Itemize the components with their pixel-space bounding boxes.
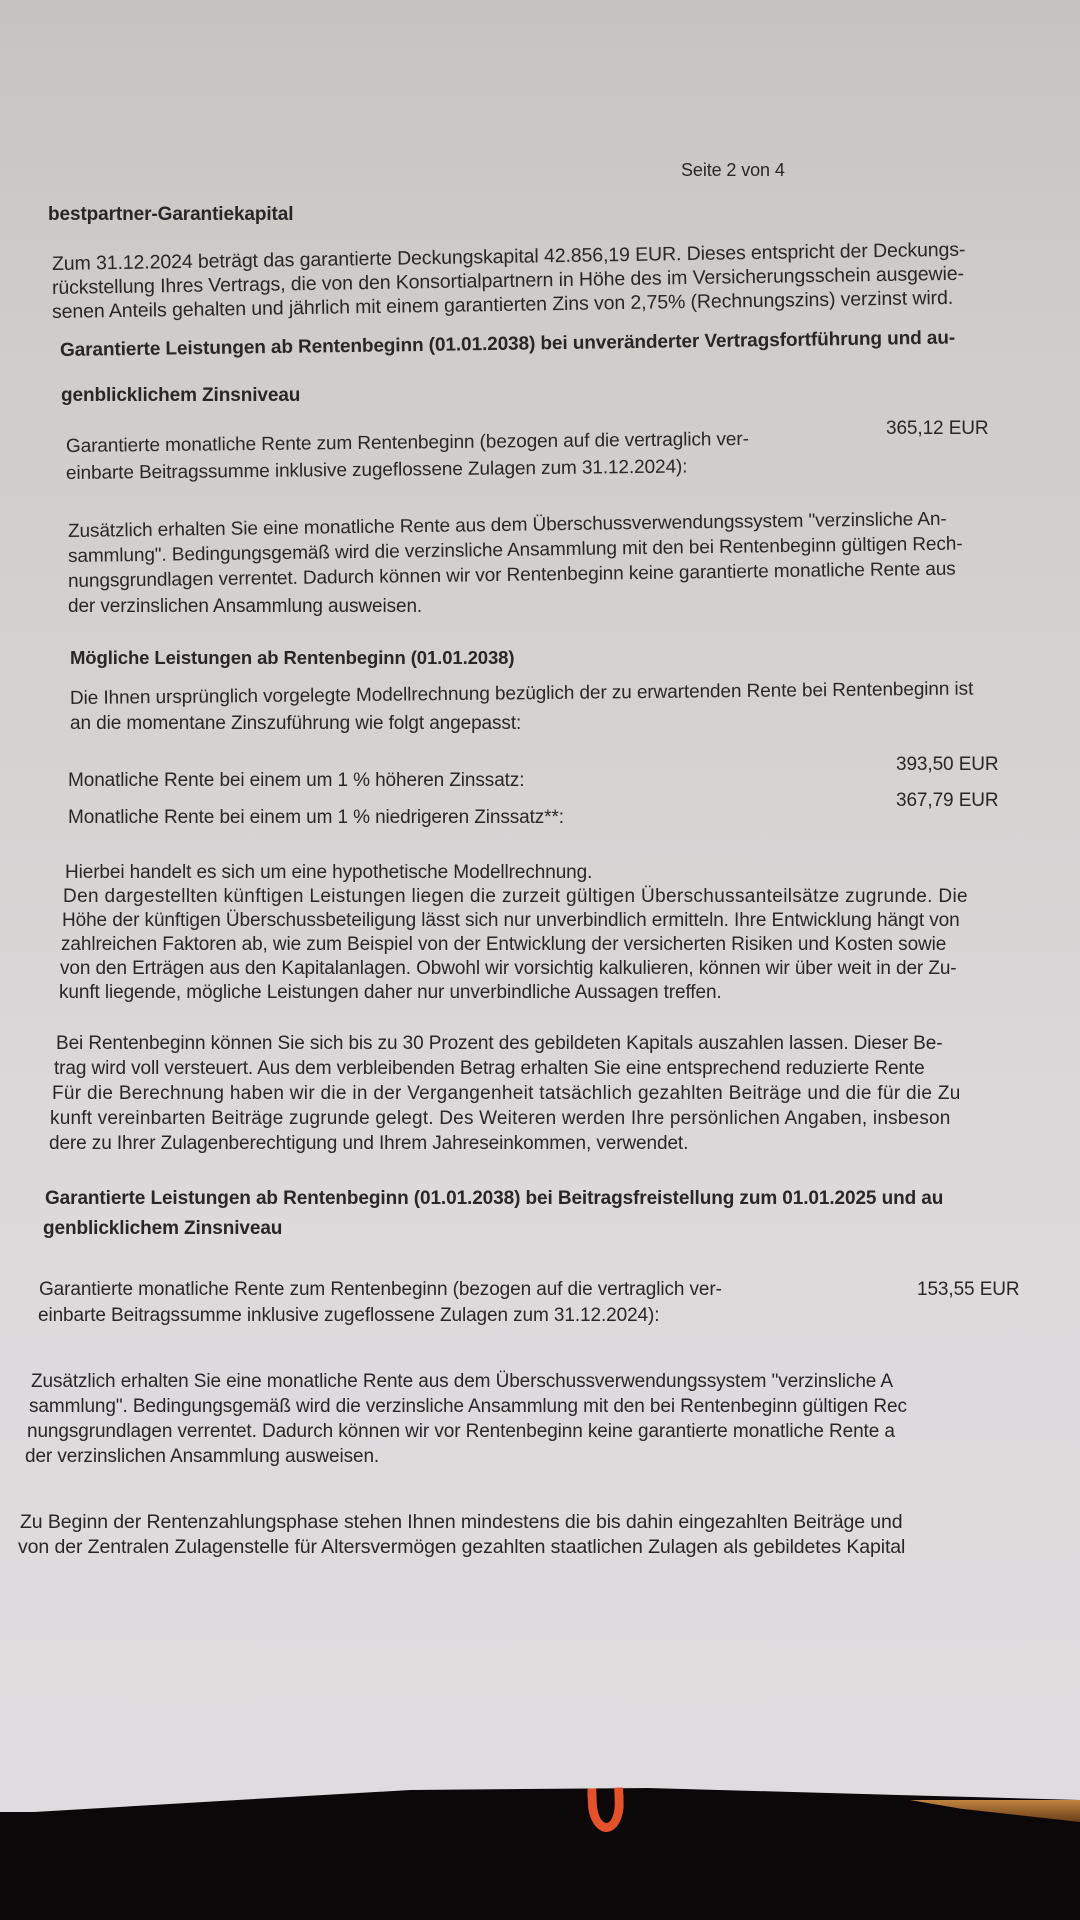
- guaranteed-rent-value: 365,12 EUR: [886, 416, 989, 441]
- section1-heading: genblicklichem Zinsniveau: [61, 383, 300, 408]
- document-title: bestpartner-Garantiekapital: [48, 202, 293, 227]
- rent-lower-label: Monatliche Rente bei einem um 1 % niedri…: [68, 805, 564, 830]
- rent-higher-value: 393,50 EUR: [896, 752, 999, 777]
- payout-text: trag wird voll versteuert. Aus dem verbl…: [54, 1056, 925, 1081]
- table-surface: [910, 1800, 1080, 1822]
- payout-text: dere zu Ihrer Zulagenberechtigung und Ih…: [49, 1131, 688, 1156]
- rent-lower-value: 367,79 EUR: [896, 788, 999, 813]
- payout-text: Für die Berechnung haben wir die in der …: [52, 1081, 961, 1106]
- section3-additional: der verzinslichen Ansammlung ausweisen.: [25, 1444, 379, 1469]
- section3-heading: Garantierte Leistungen ab Rentenbeginn (…: [45, 1186, 943, 1211]
- model-note: zahlreichen Faktoren ab, wie zum Beispie…: [61, 932, 946, 957]
- model-note: Den dargestellten künftigen Leistungen l…: [63, 884, 968, 909]
- guaranteed-rent-label-freistellung: Garantierte monatliche Rente zum Rentenb…: [39, 1277, 722, 1302]
- section2-heading: Mögliche Leistungen ab Rentenbeginn (01.…: [70, 645, 514, 670]
- payout-text: kunft vereinbarten Beiträge zugrunde gel…: [50, 1106, 951, 1131]
- section2-intro: an die momentane Zinszuführung wie folgt…: [70, 711, 521, 736]
- page-number: Seite 2 von 4: [681, 158, 785, 183]
- closing-text: von der Zentralen Zulagenstelle für Alte…: [18, 1535, 905, 1560]
- closing-text: Zu Beginn der Rentenzahlungsphase stehen…: [20, 1510, 903, 1535]
- payout-text: Bei Rentenbeginn können Sie sich bis zu …: [56, 1031, 942, 1056]
- section3-additional: sammlung". Bedingungsgemäß wird die verz…: [29, 1394, 907, 1419]
- section3-heading: genblicklichem Zinsniveau: [43, 1216, 282, 1241]
- model-note: von den Erträgen aus den Kapitalanlagen.…: [60, 956, 957, 981]
- model-note: kunft liegende, mögliche Leistungen dahe…: [59, 980, 722, 1005]
- section3-additional: Zusätzlich erhalten Sie eine monatliche …: [31, 1369, 893, 1394]
- paper-clip: [587, 1787, 625, 1832]
- section3-additional: nungsgrundlagen verrentet. Dadurch könne…: [27, 1419, 895, 1444]
- model-note: Hierbei handelt es sich um eine hypothet…: [65, 860, 592, 885]
- model-note: Höhe der künftigen Überschussbeteiligung…: [62, 908, 960, 933]
- guaranteed-rent-label-freistellung: einbarte Beitragssumme inklusive zugeflo…: [38, 1303, 659, 1328]
- guaranteed-rent-value-freistellung: 153,55 EUR: [917, 1277, 1020, 1302]
- rent-higher-label: Monatliche Rente bei einem um 1 % höhere…: [68, 768, 524, 793]
- section1-additional: der verzinslichen Ansammlung ausweisen.: [68, 594, 422, 619]
